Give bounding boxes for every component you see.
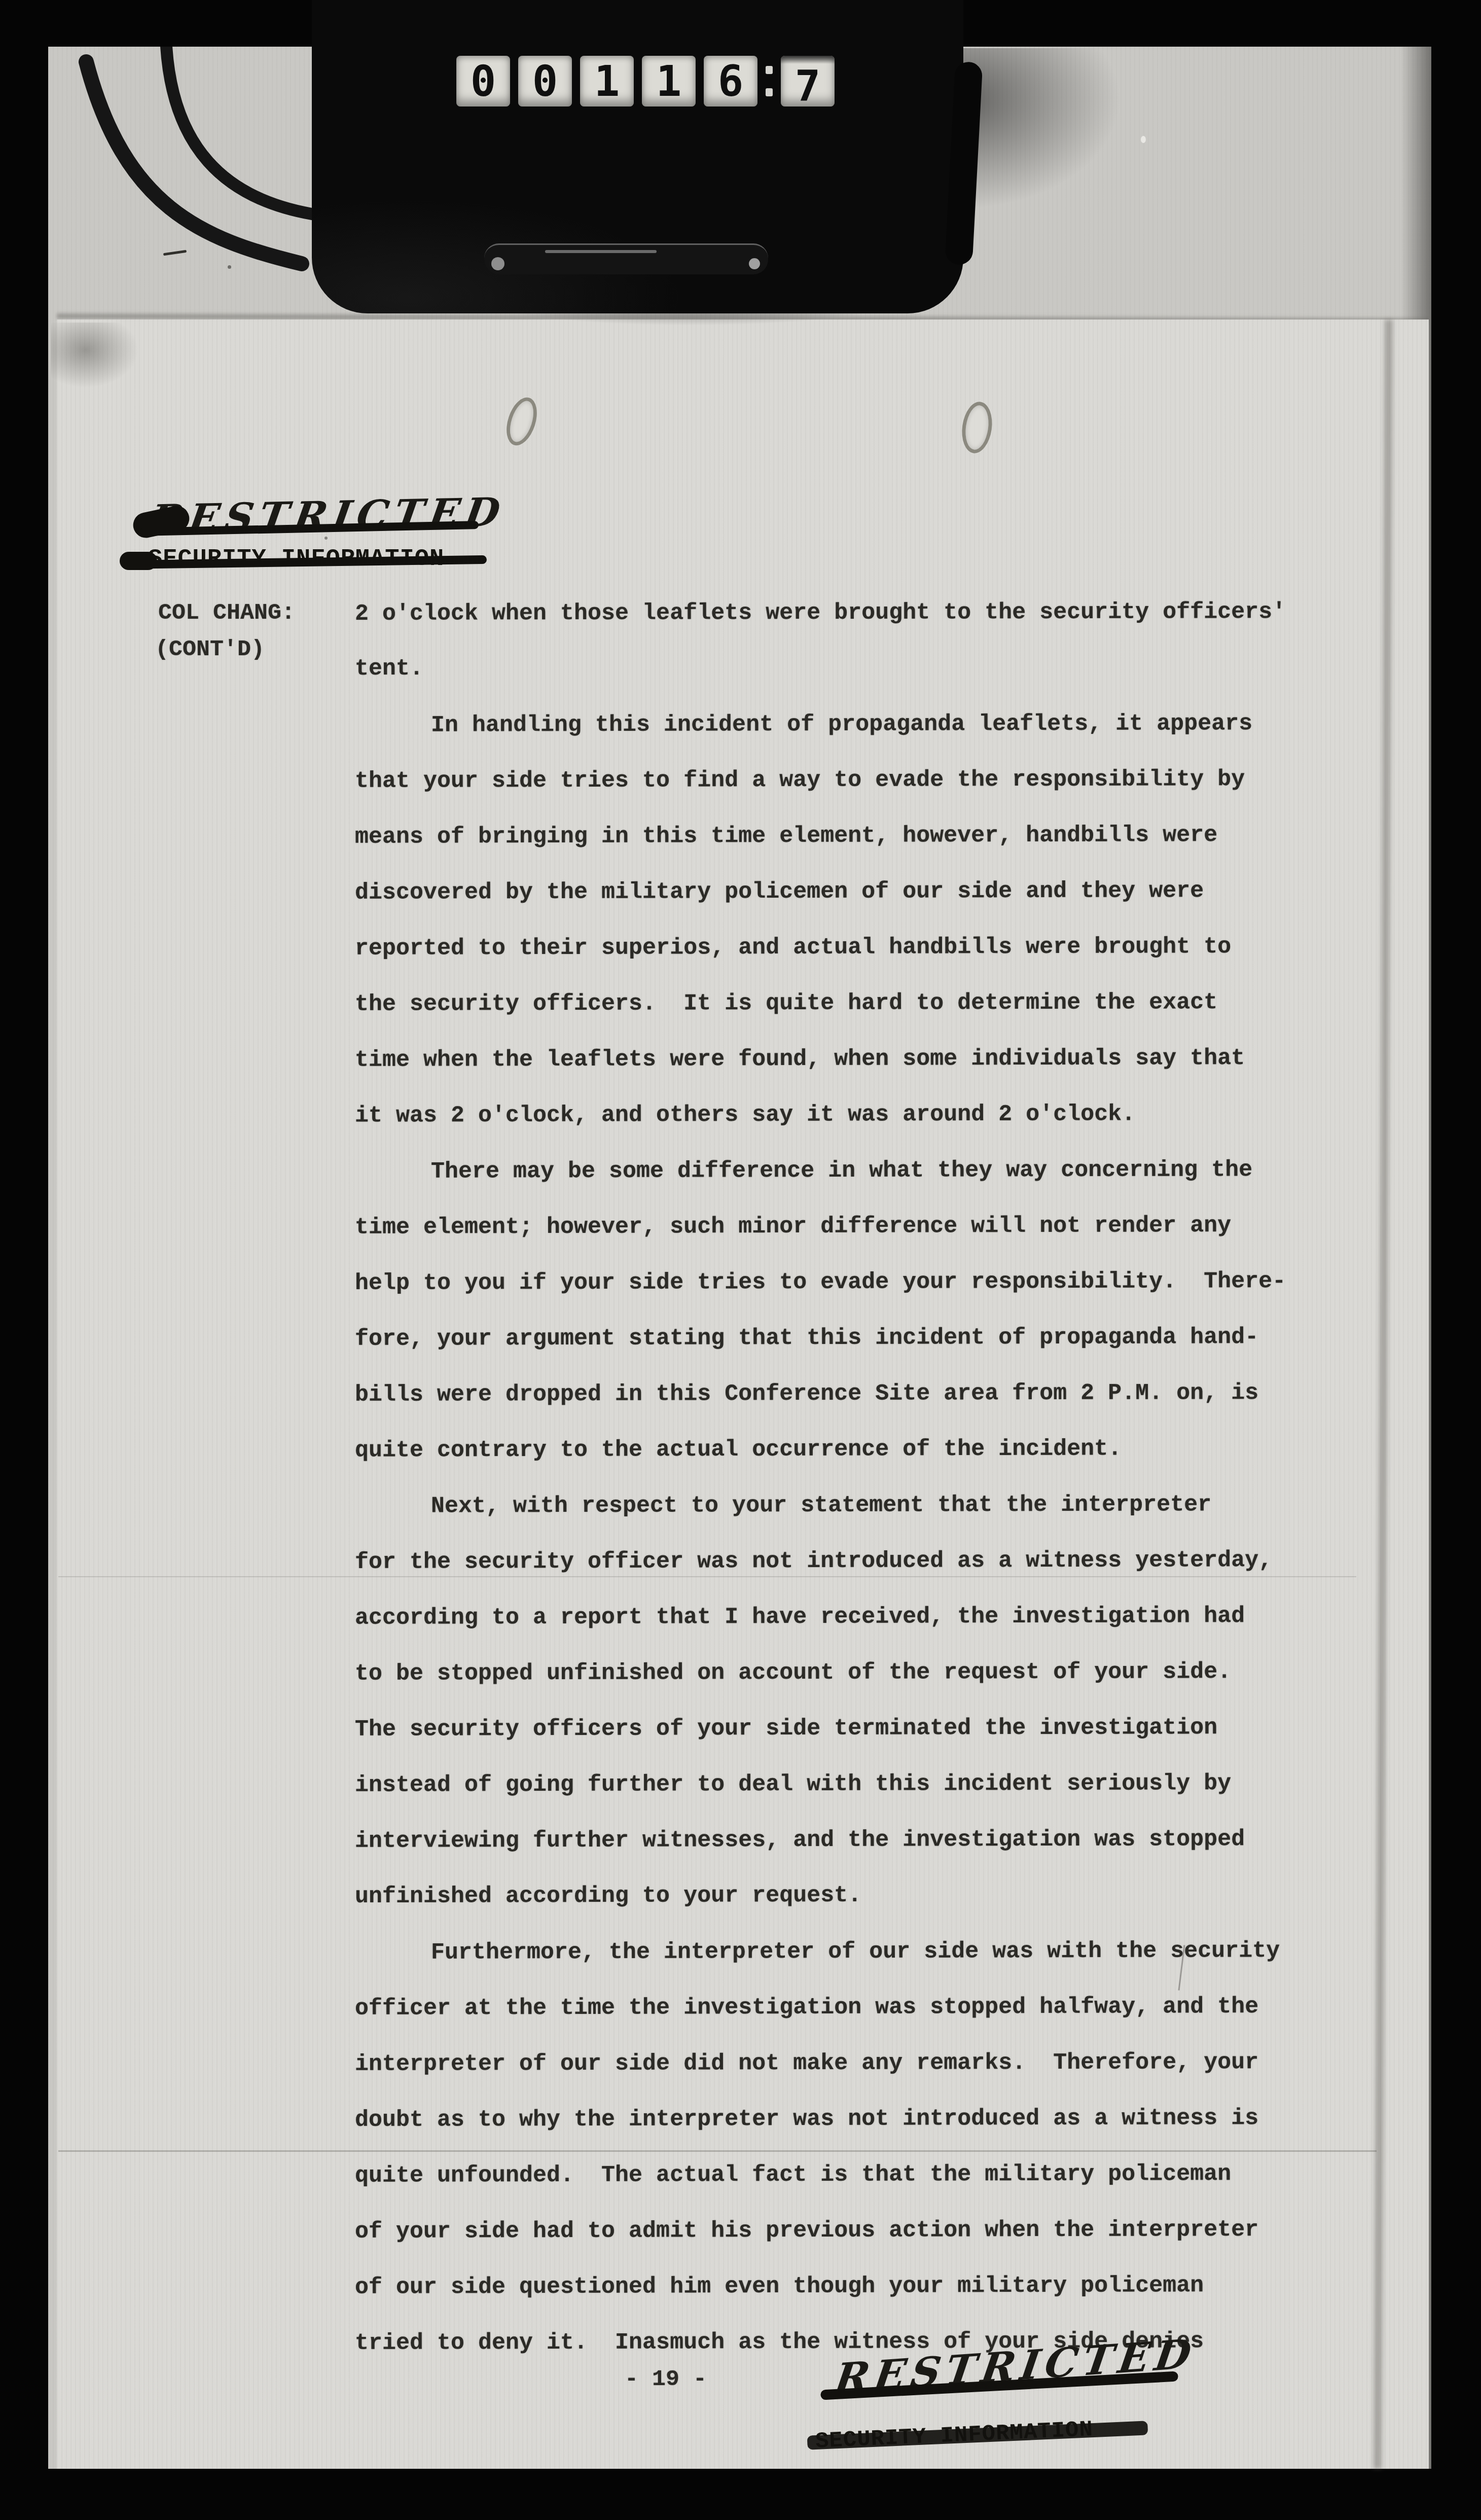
counter-digit: 0 bbox=[456, 56, 510, 107]
transcript-line: fore, your argument stating that this in… bbox=[355, 1324, 1258, 1352]
counter-cables-icon bbox=[48, 47, 352, 275]
counter-digit-value: 1 bbox=[642, 56, 696, 107]
transcript-line: quite contrary to the actual occurrence … bbox=[355, 1436, 1122, 1463]
transcript-line: reported to their superios, and actual h… bbox=[355, 934, 1231, 962]
page-number: - 19 - bbox=[625, 2366, 707, 2392]
speaker-continued-label: (CONT'D) bbox=[155, 636, 265, 662]
transcript-line: 2 o'clock when those leaflets were broug… bbox=[355, 599, 1286, 627]
counter-wheel-artifact bbox=[766, 56, 773, 107]
transcript-line: officer at the time the investigation wa… bbox=[355, 1994, 1258, 2021]
transcript-line: means of bringing in this time element, … bbox=[355, 822, 1217, 850]
transcript-line: quite unfounded. The actual fact is that… bbox=[355, 2161, 1231, 2189]
scanned-document: 0 0 1 1 6 7 RESTRICTED SECURITY INFORMAT… bbox=[0, 0, 1481, 2520]
counter-digit: 0 bbox=[518, 56, 572, 107]
scan-smudge bbox=[51, 323, 167, 414]
counter-digit: 7 bbox=[781, 56, 835, 107]
transcript-line: time element; however, such minor differ… bbox=[355, 1213, 1231, 1240]
transcript-body: 2 o'clock when those leaflets were broug… bbox=[355, 600, 1318, 2385]
transcript-line: it was 2 o'clock, and others say it was … bbox=[355, 1101, 1135, 1128]
counter-digit-value: 1 bbox=[580, 56, 634, 107]
transcript-line: to be stopped unfinished on account of t… bbox=[355, 1659, 1231, 1687]
transcript-line: according to a report that I have receiv… bbox=[355, 1603, 1245, 1631]
transcript-line: unfinished according to your request. bbox=[355, 1883, 861, 1909]
transcript-line: There may be some difference in what the… bbox=[431, 1157, 1252, 1184]
transcript-line: of your side had to admit his previous a… bbox=[355, 2217, 1258, 2245]
counter-digit-value: 0 bbox=[456, 56, 510, 107]
slot-highlight bbox=[545, 250, 657, 253]
transcript-line: doubt as to why the interpreter was not … bbox=[355, 2105, 1258, 2133]
counter-digit: 6 bbox=[704, 56, 757, 107]
slot-glint bbox=[491, 257, 504, 270]
transcript-line: help to you if your side tries to evade … bbox=[355, 1268, 1286, 1296]
device-shadow bbox=[961, 48, 1285, 332]
transcript-line: time when the leaflets were found, when … bbox=[355, 1045, 1245, 1073]
transcript-line: the security officers. It is quite hard … bbox=[355, 989, 1217, 1017]
transcript-line: The security officers of your side termi… bbox=[355, 1715, 1217, 1743]
scan-speck bbox=[1141, 136, 1146, 143]
scan-speck bbox=[324, 537, 328, 540]
counter-digit-value: 7 bbox=[781, 61, 835, 107]
counter-digit: 1 bbox=[642, 56, 696, 107]
counter-digit: 1 bbox=[580, 56, 634, 107]
transcript-line: In handling this incident of propaganda … bbox=[431, 711, 1252, 738]
transcript-line: tent. bbox=[355, 656, 423, 682]
transcript-line: discovered by the military policemen of … bbox=[355, 878, 1204, 906]
transcript-line: of our side questioned him even though y… bbox=[355, 2273, 1204, 2300]
transcript-line: that your side tries to find a way to ev… bbox=[355, 766, 1245, 794]
transcript-line: Next, with respect to your statement tha… bbox=[431, 1492, 1211, 1519]
transcript-line: for the security officer was not introdu… bbox=[355, 1547, 1272, 1575]
scan-speck bbox=[228, 265, 231, 269]
speaker-name: COL CHANG: bbox=[158, 600, 295, 626]
counter-digit-value: 0 bbox=[518, 56, 572, 107]
transcript-line: instead of going further to deal with th… bbox=[355, 1770, 1231, 1798]
page-counter-device: 0 0 1 1 6 7 bbox=[312, 0, 963, 313]
transcript-line: bills were dropped in this Conference Si… bbox=[355, 1380, 1258, 1408]
counter-slot bbox=[484, 243, 768, 274]
counter-digit-value: 6 bbox=[704, 56, 757, 107]
counter-digit-row: 0 0 1 1 6 7 bbox=[456, 56, 835, 107]
scan-artifact-line bbox=[58, 2150, 1377, 2152]
transcript-line: interpreter of our side did not make any… bbox=[355, 2049, 1258, 2077]
scan-artifact-line bbox=[58, 1576, 1356, 1577]
slot-glint bbox=[749, 258, 760, 269]
transcript-line: Furthermore, the interpreter of our side… bbox=[431, 1938, 1280, 1966]
transcript-line: interviewing further witnesses, and the … bbox=[355, 1826, 1245, 1854]
